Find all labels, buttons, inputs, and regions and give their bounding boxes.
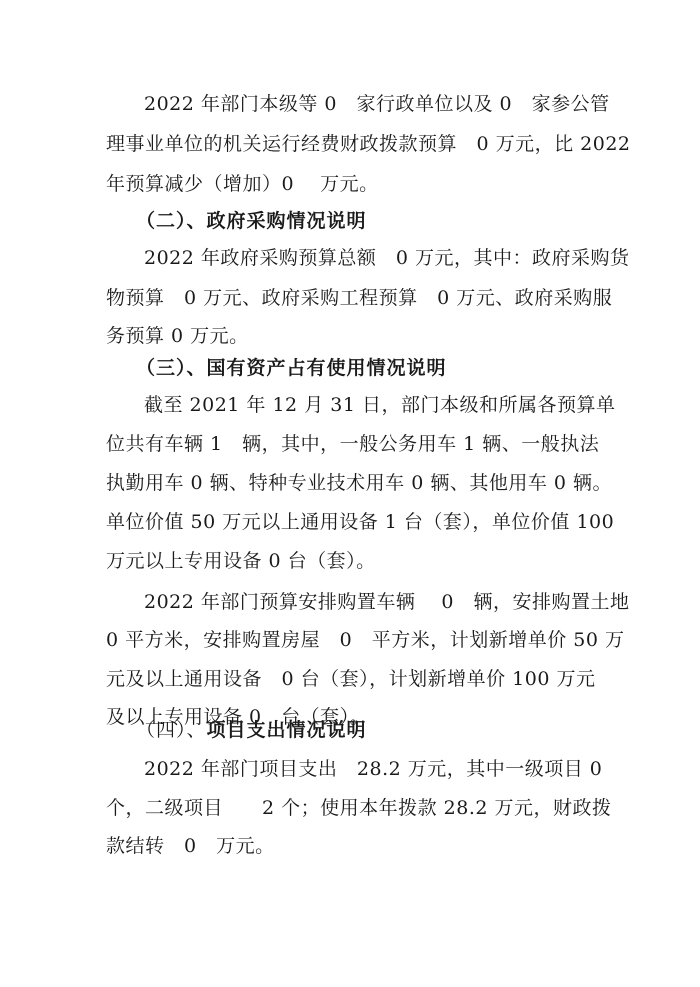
paragraph-line: 0 平方米，安排购置房屋 0 平方米，计划新增单价 50 万: [106, 627, 606, 653]
paragraph-line: 元及以上通用设备 0 台（套），计划新增单价 100 万元: [106, 666, 606, 692]
paragraph-line: 位共有车辆 1 辆，其中，一般公务用车 1 辆、一般执法: [106, 431, 606, 457]
paragraph-line: 2022 年部门预算安排购置车辆 0 辆，安排购置土地: [144, 589, 644, 615]
paragraph-line: 务预算 0 万元。: [106, 323, 606, 349]
paragraph-line: 万元以上专用设备 0 台（套）。: [106, 548, 606, 574]
paragraph-line: 2022 年部门本级等 0 家行政单位以及 0 家参公管: [144, 91, 644, 117]
paragraph-line: 2022 年政府采购预算总额 0 万元，其中：政府采购货: [144, 245, 644, 271]
heading-number: （二）、: [136, 210, 207, 232]
paragraph-line: 款结转 0 万元。: [106, 833, 606, 859]
paragraph-line: 单位价值 50 万元以上通用设备 1 台（套），单位价值 100: [106, 509, 606, 535]
section-heading-procurement: （二）、政府采购情况说明: [136, 208, 367, 234]
paragraph-line: 执勤用车 0 辆、特种专业技术用车 0 辆、其他用车 0 辆。: [106, 470, 606, 496]
paragraph-line: 2022 年部门项目支出 28.2 万元，其中一级项目 0: [144, 756, 644, 782]
section-heading-projects: （四）、项目支出情况说明: [136, 717, 367, 743]
paragraph-line: 个，二级项目 2 个；使用本年拨款 28.2 万元，财政拨: [106, 795, 606, 821]
paragraph-line: 截至 2021 年 12 月 31 日，部门本级和所属各预算单: [144, 392, 644, 418]
heading-number: （四）、: [136, 719, 207, 741]
paragraph-line: 理事业单位的机关运行经费财政拨款预算 0 万元，比 2022: [106, 131, 606, 157]
heading-number: （三）、: [136, 357, 207, 379]
paragraph-line: 物预算 0 万元、政府采购工程预算 0 万元、政府采购服: [106, 285, 606, 311]
heading-title: 政府采购情况说明: [207, 210, 367, 232]
heading-title: 项目支出情况说明: [207, 719, 367, 741]
paragraph-line: 年预算减少（增加）0 万元。: [106, 171, 606, 197]
section-heading-assets: （三）、国有资产占有使用情况说明: [136, 355, 447, 381]
heading-title: 国有资产占有使用情况说明: [207, 357, 447, 379]
document-page: 2022 年部门本级等 0 家行政单位以及 0 家参公管 理事业单位的机关运行经…: [0, 0, 700, 987]
